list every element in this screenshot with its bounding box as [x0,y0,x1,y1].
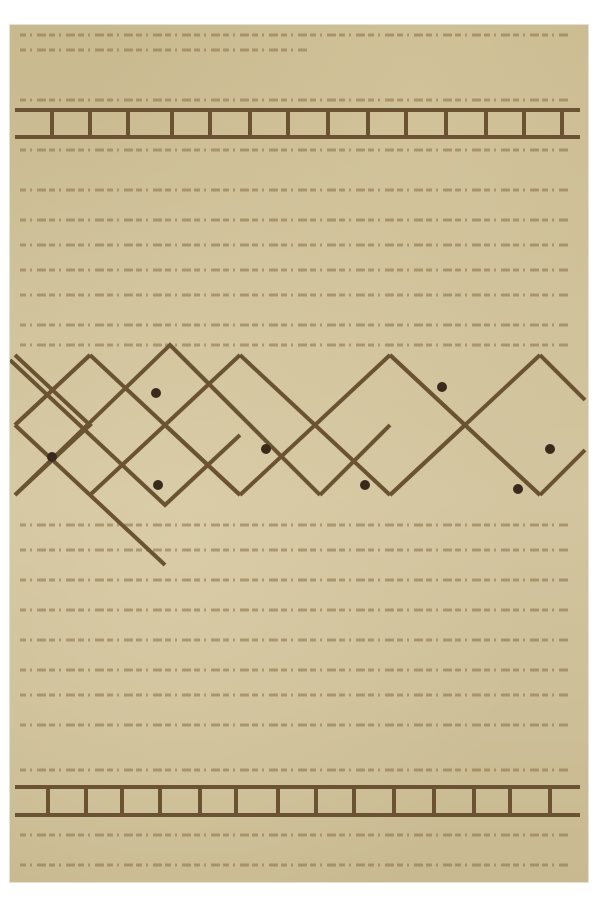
horizontal-streaks [20,35,570,865]
bottom-ladder-border [15,787,580,815]
rug-pattern [10,25,588,882]
top-ladder-border [15,110,580,137]
diamond-lattice [10,345,585,565]
rug [10,25,588,882]
